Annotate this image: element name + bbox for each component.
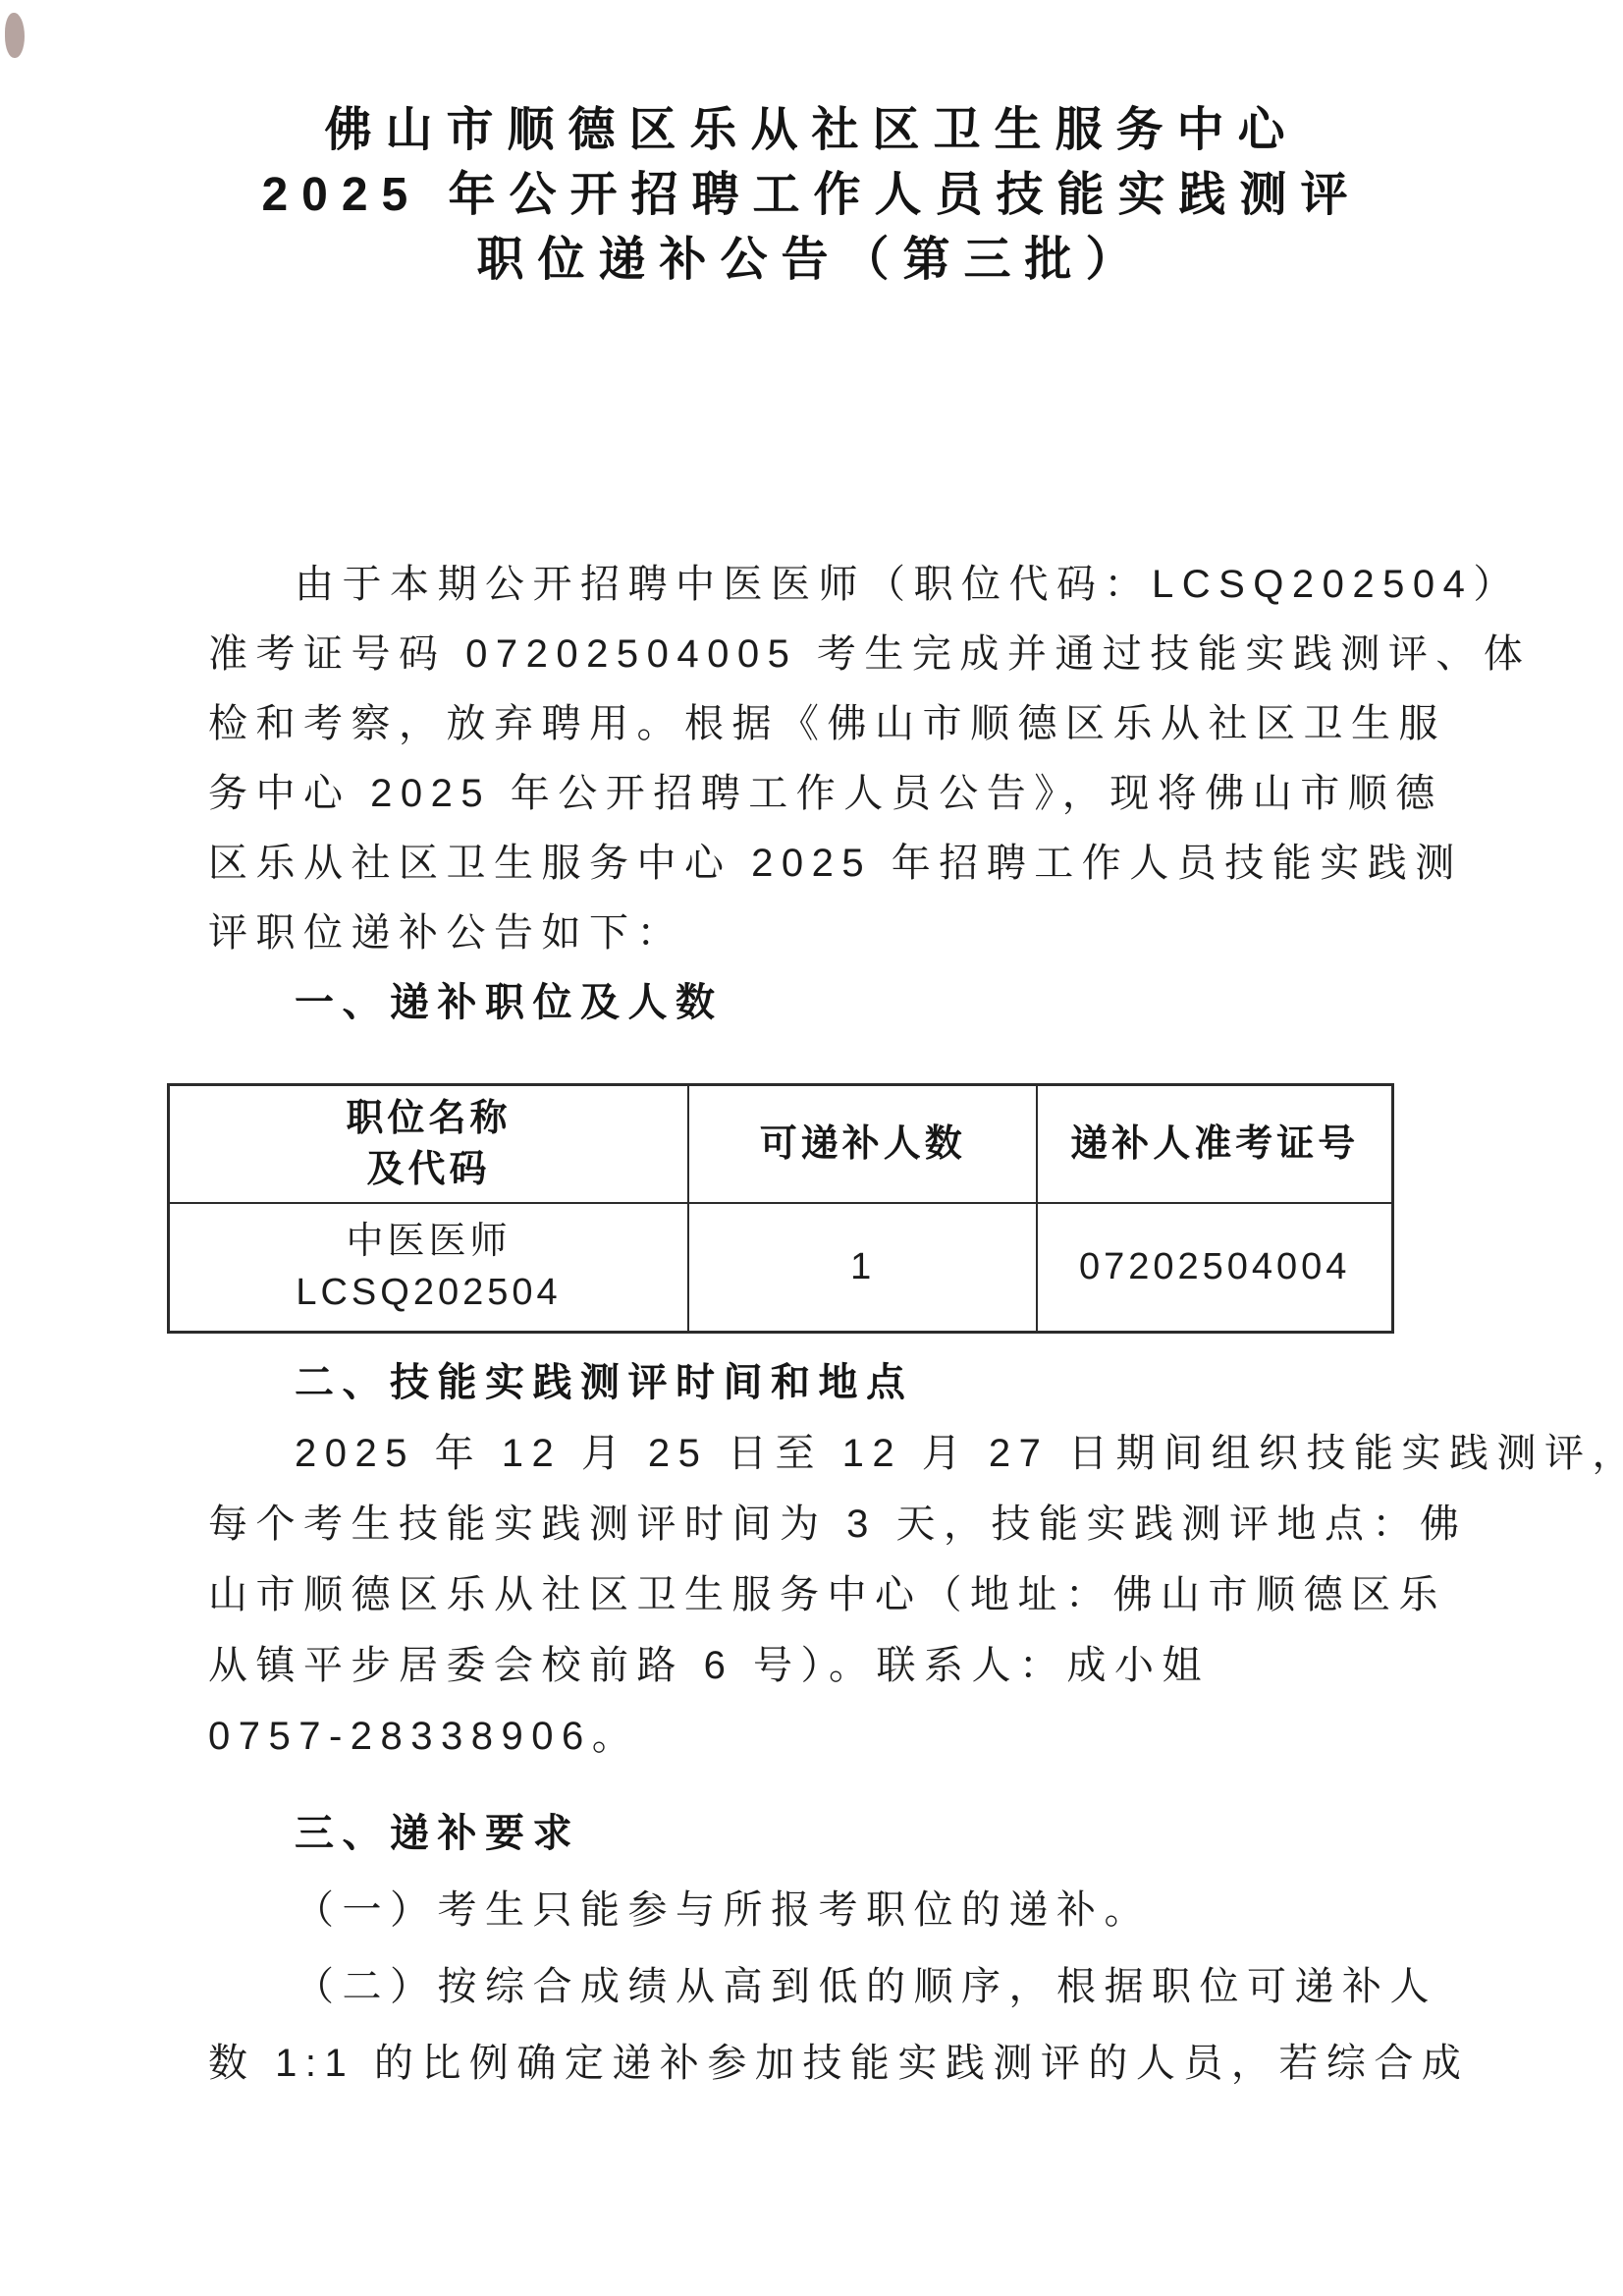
title-line-3: 职位递补公告（第三批）: [157, 228, 1466, 293]
section2-line-1: 2025 年 12 月 25 日至 12 月 27 日期间组织技能实践测评，: [208, 1418, 1463, 1489]
section3-item-2-line-1: （二）按综合成绩从高到低的顺序，根据职位可递补人: [208, 1948, 1463, 2025]
positions-table: 职位名称 及代码 可递补人数 递补人准考证号 中医医师 LCSQ202504 1…: [167, 1083, 1394, 1334]
title-line-1: 佛山市顺德区乐从社区卫生服务中心: [157, 98, 1466, 163]
section2-line-3: 山市顺德区乐从社区卫生服务中心（地址：佛山市顺德区乐: [208, 1559, 1463, 1630]
document-page: 佛山市顺德区乐从社区卫生服务中心 2025 年公开招聘工作人员技能实践测评 职位…: [0, 0, 1623, 2296]
section1-heading: 一、递补职位及人数: [208, 968, 1463, 1038]
intro-line-2: 准考证号码 07202504005 考生完成并通过技能实践测评、体: [208, 620, 1463, 689]
intro-line-1: 由于本期公开招聘中医医师（职位代码：LCSQ202504）: [208, 550, 1463, 620]
col-header-position-name-code: 职位名称 及代码: [169, 1085, 689, 1203]
section3-item-2-line-2: 数 1:1 的比例确定递补参加技能实践测评的人员，若综合成: [208, 2025, 1463, 2102]
section2: 二、技能实践测评时间和地点 2025 年 12 月 25 日至 12 月 27 …: [208, 1347, 1463, 1772]
section3: 三、递补要求 （一）考生只能参与所报考职位的递补。 （二）按综合成绩从高到低的顺…: [208, 1795, 1463, 2102]
section2-line-2: 每个考生技能实践测评时间为 3 天，技能实践测评地点：佛: [208, 1489, 1463, 1559]
intro-line-4: 务中心 2025 年公开招聘工作人员公告》，现将佛山市顺德: [208, 759, 1463, 829]
section3-heading: 三、递补要求: [208, 1795, 1463, 1872]
col-header-replacement-count: 可递补人数: [688, 1085, 1037, 1203]
section2-line-4: 从镇平步居委会校前路 6 号）。联系人：成小姐: [208, 1630, 1463, 1701]
cell-position-name-code: 中医医师 LCSQ202504: [169, 1203, 689, 1333]
document-body: 由于本期公开招聘中医医师（职位代码：LCSQ202504） 准考证号码 0720…: [208, 550, 1463, 2102]
intro-line-6: 评职位递补公告如下：: [208, 899, 1463, 968]
col-header-ticket-number: 递补人准考证号: [1037, 1085, 1392, 1203]
scan-smudge-artifact: [5, 13, 25, 58]
section2-heading: 二、技能实践测评时间和地点: [208, 1347, 1463, 1418]
document-title: 佛山市顺德区乐从社区卫生服务中心 2025 年公开招聘工作人员技能实践测评 职位…: [157, 98, 1466, 293]
cell-replacement-count: 1: [688, 1203, 1037, 1333]
intro-line-3: 检和考察，放弃聘用。根据《佛山市顺德区乐从社区卫生服: [208, 689, 1463, 759]
table-header-row: 职位名称 及代码 可递补人数 递补人准考证号: [169, 1085, 1393, 1203]
section3-item-1: （一）考生只能参与所报考职位的递补。: [208, 1872, 1463, 1948]
intro-line-5: 区乐从社区卫生服务中心 2025 年招聘工作人员技能实践测: [208, 829, 1463, 899]
table-row: 中医医师 LCSQ202504 1 07202504004: [169, 1203, 1393, 1333]
cell-ticket-number: 07202504004: [1037, 1203, 1392, 1333]
contact-phone: 0757-28338906。: [208, 1701, 1463, 1772]
title-line-2: 2025 年公开招聘工作人员技能实践测评: [157, 163, 1466, 228]
